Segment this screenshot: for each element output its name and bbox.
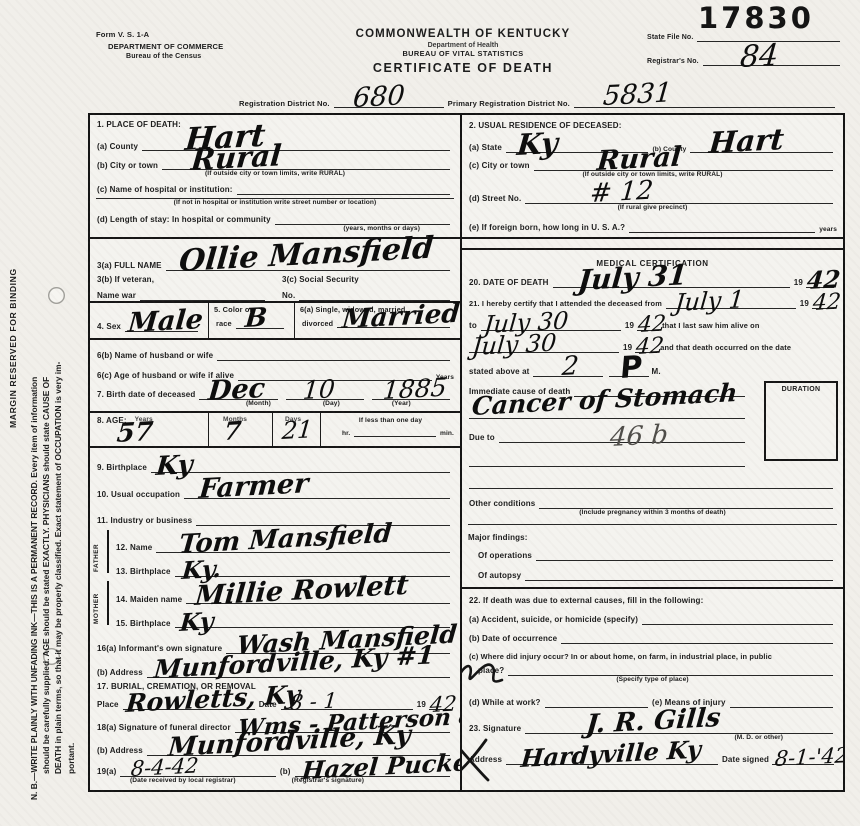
- dept-commerce: DEPARTMENT OF COMMERCE: [96, 42, 223, 51]
- length-of-stay-line: [275, 221, 450, 225]
- marital-label-2: divorced: [302, 320, 333, 329]
- primary-district-value: 5831: [602, 81, 673, 109]
- veteran-war-line: [140, 297, 265, 301]
- full-name-row: 3(a) FULL NAME Ollie Mansfield: [90, 239, 460, 270]
- foreign-born-row: (e) If foreign born, how long in U. S. A…: [462, 215, 843, 239]
- date-signed-line: 8-1-'42: [772, 761, 834, 765]
- father-side: FATHER: [90, 526, 103, 577]
- sex-label: 4. Sex: [97, 322, 121, 332]
- accident-label: (a) Accident, suicide, or homicide (spec…: [469, 615, 638, 625]
- residence-street-value: # 12: [589, 179, 654, 206]
- primary-district-label: Primary Registration District No.: [448, 99, 570, 108]
- birth-date-row: 7. Birth date of deceased Dec 10 1885: [90, 381, 460, 400]
- mother-side: MOTHER: [90, 577, 103, 628]
- dept-health: Department of Health: [318, 42, 608, 49]
- md-note: (M. D. or other): [735, 734, 783, 743]
- birth-day-value: 10: [302, 379, 336, 403]
- birth-date-label: 7. Birth date of deceased: [97, 390, 195, 400]
- while-at-work-label: (d) While at work?: [469, 698, 541, 708]
- occupation-row: 10. Usual occupation Farmer: [90, 473, 460, 500]
- accident-row: (a) Accident, suicide, or homicide (spec…: [462, 606, 843, 625]
- foreign-born-suffix: years: [819, 226, 837, 233]
- marital-cell: 6(a) Single, widowed, married, divorced …: [294, 303, 460, 338]
- injury-place-note: (Specify type of place): [616, 676, 688, 687]
- birth-month-value: Dec: [207, 377, 266, 404]
- form-number-text: Form V. S. 1-A: [96, 30, 223, 39]
- certify-row-4: stated above at 2 P M.: [462, 353, 843, 377]
- injury-place-label: place?: [478, 666, 504, 676]
- physician-signature-label: 23. Signature: [469, 724, 521, 734]
- mother-name-row: 14. Maiden name Millie Rowlett: [109, 577, 460, 604]
- registrar-date-label: 19(a): [97, 767, 116, 777]
- cause-value-row: Cancer of Stomach: [462, 397, 755, 419]
- date-of-death-pre: 19: [794, 278, 803, 288]
- father-name-label: 12. Name: [116, 543, 152, 553]
- injury-where-row-1: (c) Where did injury occur? In or about …: [462, 644, 843, 662]
- physician-address-line: Hardyville Ky: [506, 761, 718, 765]
- physician-address-label: Address: [469, 755, 502, 765]
- form-right-column: 2. USUAL RESIDENCE OF DECEASED: (a) Stat…: [462, 115, 843, 790]
- bureau-vital: BUREAU OF VITAL STATISTICS: [318, 49, 608, 58]
- autopsy-row: Of autopsy: [462, 561, 843, 589]
- sex-cell: 4. Sex Male: [90, 303, 208, 338]
- margin-nb-line: should be carefully supplied. AGE should…: [40, 10, 52, 800]
- certify-occurred-label: and that death occurred on the date: [660, 344, 791, 353]
- registrar-sig-label: (b): [280, 767, 291, 777]
- date-signed-label: Date signed: [722, 755, 769, 765]
- race-label-2: race: [216, 320, 232, 329]
- occupation-label: 10. Usual occupation: [97, 490, 180, 500]
- race-line: B: [236, 325, 284, 329]
- other-conditions-row: Other conditions: [462, 489, 843, 509]
- age-less-cell: If less than one day hr. min.: [320, 413, 460, 445]
- spouse-name-row: 6(b) Name of husband or wife: [90, 340, 460, 361]
- sex-line: Male: [125, 328, 198, 332]
- registrar-no-line: 84: [703, 62, 840, 66]
- injury-where-row-2: place?: [462, 662, 843, 676]
- due-to-label: Due to: [469, 433, 495, 443]
- reg-district-value: 680: [352, 84, 406, 111]
- residence-street-note-row: (If rural give precinct): [462, 204, 843, 215]
- veteran-block: 3(b) If veteran, Name war: [90, 271, 275, 301]
- sex-race-marital-row: 4. Sex Male 5. Color or race B 6: [90, 303, 460, 340]
- physician-signature-row: 23. Signature J. R. Gills: [462, 708, 843, 734]
- certify-row-1: 21. I hereby certify that I attended the…: [462, 288, 843, 309]
- physician-address-row: Address Hardyville Ky Date signed 8-1-'4…: [462, 743, 843, 765]
- registrar-date-line: 8-4-42: [120, 773, 275, 777]
- primary-district-line: 5831: [574, 104, 835, 108]
- certify-hour-value: 2: [561, 355, 580, 379]
- registrar-no-label: Registrar's No.: [647, 58, 699, 66]
- bureau-census: Bureau of the Census: [96, 53, 223, 61]
- age-days-cell: Days 21: [272, 413, 320, 445]
- registrar-no-value: 84: [739, 42, 780, 71]
- date-of-death-row: 20. DATE OF DEATH July 31 19 42: [462, 267, 843, 288]
- certify-to-label: to: [469, 321, 477, 331]
- place-of-death-title: 1. PLACE OF DEATH:: [97, 120, 181, 130]
- birth-year-value: 1885: [382, 377, 448, 403]
- foreign-born-label: (e) If foreign born, how long in U. S. A…: [469, 223, 625, 233]
- age-months-value: 7: [223, 420, 242, 444]
- external-causes-title-row: 22. If death was due to external causes,…: [462, 589, 843, 606]
- full-name-label: 3(a) FULL NAME: [97, 261, 162, 271]
- marital-line: Married: [337, 324, 450, 328]
- hospital-note-row: (If not in hospital or institution write…: [96, 198, 454, 209]
- place-of-death-title-row: 1. PLACE OF DEATH:: [90, 115, 460, 129]
- residence-city-value: Rural: [596, 145, 682, 174]
- father-name-row: 12. Name Tom Mansfield: [109, 526, 460, 553]
- duration-box: DURATION: [764, 381, 838, 461]
- commonwealth-title: COMMONWEALTH OF KENTUCKY: [318, 28, 608, 40]
- registrar-no-row: Registrar's No. 84: [640, 52, 850, 66]
- date-of-death-label: 20. DATE OF DEATH: [469, 278, 549, 288]
- certify-alive-label: that I last saw him alive on: [662, 322, 759, 331]
- other-conditions-line: [539, 505, 833, 509]
- certify-stated-label: stated above at: [469, 367, 530, 377]
- other-conditions-note-row: (Include pregnancy within 3 months of de…: [462, 509, 843, 520]
- funeral-address-label: (b) Address: [97, 746, 143, 756]
- state-file-label: State File No.: [647, 34, 693, 42]
- age-days-value: 21: [281, 420, 313, 443]
- registration-district-row: Registration District No. 680 Primary Re…: [232, 88, 845, 108]
- industry-row: 11. Industry or business: [90, 499, 460, 526]
- certify-m-label: M.: [652, 367, 661, 377]
- registrar-date-value: 8-4-42: [130, 756, 199, 779]
- operations-label: Of operations: [478, 551, 532, 561]
- residence-street-line: # 12: [525, 200, 833, 204]
- ssn-block: 3(c) Social Security No.: [275, 271, 460, 301]
- birth-day-line: 10: [286, 396, 364, 400]
- age-hr-min-row: hr. min.: [321, 424, 460, 437]
- marital-value: Married: [341, 303, 461, 333]
- form-number: Form V. S. 1-A DEPARTMENT OF COMMERCE Bu…: [96, 30, 223, 62]
- injury-where-label: (c) Where did injury occur? In or about …: [469, 653, 772, 662]
- age-months-cell: Months 7: [208, 413, 272, 445]
- ssn-no-label: No.: [282, 291, 295, 301]
- birth-month-line: Dec: [199, 396, 277, 400]
- occupation-value: Farmer: [198, 472, 309, 502]
- other-conditions-note: (Include pregnancy within 3 months of de…: [579, 509, 726, 520]
- birthplace-label: 9. Birthplace: [97, 463, 147, 473]
- race-value: B: [244, 307, 268, 332]
- certify-pre-1: 19: [800, 299, 809, 309]
- registrar-sig-line: Hazel Puckett: [295, 773, 450, 777]
- hospital-note: (If not in hospital or institution write…: [174, 199, 377, 209]
- work-injury-row: (d) While at work? (e) Means of injury: [462, 687, 843, 708]
- veteran-ssn-row: 3(b) If veteran, Name war 3(c) Social Se…: [90, 271, 460, 303]
- ssn-no-row: No.: [275, 285, 460, 301]
- informant-address-row: (b) Address Munfordville, Ky #1: [90, 654, 460, 678]
- hospital-line: [237, 191, 450, 195]
- registrar-sig-value: Hazel Puckett: [301, 750, 462, 782]
- duration-label: DURATION: [766, 383, 836, 393]
- date-signed-value: 8-1-'42: [774, 746, 843, 769]
- autopsy-line: [525, 577, 833, 581]
- physician-signature-line: J. R. Gills: [525, 730, 833, 734]
- informant-address-label: (b) Address: [97, 668, 143, 678]
- certify-pre-2: 19: [625, 321, 634, 331]
- certify-row-2: to July 30 19 42 that I last saw him ali…: [462, 309, 843, 331]
- age-years-cell: 8. AGE: Years 57: [90, 413, 208, 445]
- birth-year-line: 1885: [372, 396, 450, 400]
- registrar-row: 19(a) 8-4-42 (b) Hazel Puckett: [90, 756, 460, 777]
- residence-state-label: (a) State: [469, 143, 502, 153]
- injury-place-line: [508, 672, 833, 676]
- birthplace-row: 9. Birthplace Ky: [90, 448, 460, 473]
- mother-name-label: 14. Maiden name: [116, 595, 182, 605]
- residence-city-label: (c) City or town: [469, 161, 530, 171]
- race-line-row: race B: [209, 315, 294, 329]
- veteran-label: 3(b) If veteran,: [97, 275, 154, 285]
- spouse-name-label: 6(b) Name of husband or wife: [97, 351, 213, 361]
- margin-nb-line: DEATH in plain terms, so that it may be …: [52, 10, 64, 800]
- age-min-label: min.: [440, 430, 454, 437]
- physician-signature-value: J. R. Gills: [585, 706, 721, 737]
- city-town-line: Rural: [162, 166, 450, 170]
- major-findings-label: Major findings:: [468, 533, 528, 543]
- residence-city-row: (c) City or town Rural: [462, 153, 843, 171]
- age-less-note: If less than one day: [321, 413, 460, 424]
- hospital-label: (c) Name of hospital or institution:: [97, 185, 233, 195]
- residence-city-line: Rural: [534, 167, 833, 171]
- certificate-form: 1. PLACE OF DEATH: (a) County Hart (b) C…: [88, 113, 845, 792]
- margin-binding-note: MARGIN RESERVED FOR BINDING: [8, 268, 18, 428]
- race-cell: 5. Color or race B: [208, 303, 294, 338]
- autopsy-label: Of autopsy: [478, 571, 521, 581]
- cause-duration-wrap: DURATION Immediate cause of death Cancer…: [462, 377, 843, 467]
- ssn-label-row: 3(c) Social Security: [275, 271, 460, 285]
- father-side-label: FATHER: [93, 544, 100, 572]
- mother-birthplace-label: 15. Birthplace: [116, 619, 171, 629]
- operations-row: Of operations: [462, 543, 843, 561]
- foreign-born-line: [629, 229, 815, 233]
- county-label: (a) County: [97, 142, 138, 152]
- age-hr-label: hr.: [342, 430, 350, 437]
- age-hr-line: [354, 433, 436, 437]
- length-of-stay-row: (d) Length of stay: In hospital or commu…: [90, 210, 460, 225]
- death-certificate-scan: MARGIN RESERVED FOR BINDING N. B.—WRITE …: [0, 0, 860, 826]
- veteran-war-label: Name war: [97, 291, 136, 301]
- residence-street-row: (d) Street No. # 12: [462, 182, 843, 204]
- hospital-row: (c) Name of hospital or institution:: [90, 180, 460, 195]
- form-left-column: 1. PLACE OF DEATH: (a) County Hart (b) C…: [90, 115, 462, 790]
- occurrence-date-row: (b) Date of occurrence: [462, 625, 843, 644]
- other-conditions-label: Other conditions: [469, 499, 535, 509]
- major-findings-row: Major findings:: [468, 524, 837, 543]
- veteran-label-row: 3(b) If veteran,: [90, 271, 275, 285]
- reg-district-label: Registration District No.: [239, 99, 330, 108]
- burial-place-label: Place: [97, 700, 119, 710]
- length-of-stay-label: (d) Length of stay: In hospital or commu…: [97, 215, 271, 225]
- sex-value: Male: [127, 308, 204, 336]
- city-town-value: Rural: [190, 142, 282, 173]
- veteran-war-row: Name war: [90, 285, 275, 301]
- city-town-label: (b) City or town: [97, 161, 158, 171]
- age-row: 8. AGE: Years 57 Months 7 Days 21 If les…: [90, 413, 460, 447]
- certify-row-3: July 30 19 42 and that death occurred on…: [462, 331, 843, 353]
- external-causes-title: 22. If death was due to external causes,…: [469, 596, 703, 606]
- occurrence-date-label: (b) Date of occurrence: [469, 634, 557, 644]
- margin-nb-line: N. B.—WRITE PLAINLY WITH UNFADING INK—TH…: [28, 10, 40, 800]
- father-name-value: Tom Mansfield: [178, 522, 393, 557]
- mother-side-label: MOTHER: [93, 594, 100, 625]
- margin-nb-line: portant.: [65, 10, 77, 800]
- city-town-row: (b) City or town Rural: [90, 151, 460, 170]
- reg-district-line: 680: [334, 104, 444, 108]
- full-name-value: Ollie Mansfield: [178, 234, 435, 274]
- father-birthplace-label: 13. Birthplace: [116, 567, 171, 577]
- due-to-row: Due to 46 b: [462, 419, 755, 443]
- blank-rule-row-1: [462, 443, 755, 467]
- certificate-title: CERTIFICATE OF DEATH: [318, 61, 608, 75]
- industry-label: 11. Industry or business: [97, 516, 192, 526]
- ssn-label: 3(c) Social Security: [282, 275, 359, 285]
- residence-county-value: Hart: [708, 126, 785, 156]
- header-center: COMMONWEALTH OF KENTUCKY Department of H…: [318, 28, 608, 75]
- residence-street-label: (d) Street No.: [469, 194, 521, 204]
- blank-rule-row-2: [462, 467, 843, 489]
- physician-address-value: Hardyville Ky: [520, 739, 702, 770]
- margin-nb-note: N. B.—WRITE PLAINLY WITH UNFADING INK—TH…: [28, 10, 77, 800]
- marital-line-row: divorced Married: [295, 314, 460, 328]
- injury-place-note-row: (Specify type of place): [462, 676, 843, 687]
- residence-med-gap: [462, 239, 843, 248]
